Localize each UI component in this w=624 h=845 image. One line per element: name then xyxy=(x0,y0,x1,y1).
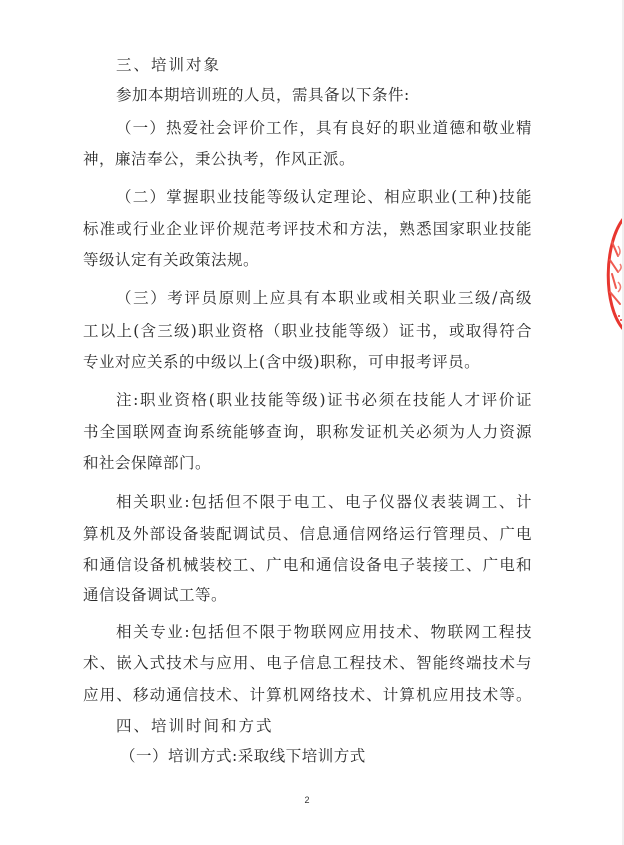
related-occupations-line-3: 和通信设备机械装校工、广电和通信设备电子装接工、广电和 xyxy=(83,555,532,575)
condition-3-line-2: 工以上(含三级)职业资格（职业技能等级）证书，或取得符合 xyxy=(83,321,532,341)
intro-line: 参加本期培训班的人员，需具备以下条件: xyxy=(116,85,532,105)
official-seal-icon xyxy=(598,212,624,336)
related-occupations-line-2: 算机及外部设备装配调试员、信息通信网络运行管理员、广电 xyxy=(83,524,532,544)
note-line-2: 书全国联网查询系统能够查询，职称发证机关必须为人力资源 xyxy=(83,422,532,442)
note-line-3: 和社会保障部门。 xyxy=(83,453,532,473)
condition-1-line-2: 神，廉洁奉公，秉公执考，作风正派。 xyxy=(83,149,532,169)
condition-2-line-3: 等级认定有关政策法规。 xyxy=(83,250,532,270)
condition-3-line-3: 专业对应关系的中级以上(含中级)职称，可申报考评员。 xyxy=(83,352,532,372)
document-page: 三、培训对象 参加本期培训班的人员，需具备以下条件: （一）热爱社会评价工作，具… xyxy=(0,0,624,845)
condition-2-line-1: （二）掌握职业技能等级认定理论、相应职业(工种)技能 xyxy=(116,187,532,207)
related-occupations-line-1: 相关职业:包括但不限于电工、电子仪器仪表装调工、计 xyxy=(116,492,532,512)
related-occupations-line-4: 通信设备调试工等。 xyxy=(83,585,532,605)
condition-1-line-1: （一）热爱社会评价工作，具有良好的职业道德和敬业精 xyxy=(116,118,532,138)
page-number: 2 xyxy=(302,795,312,805)
note-line-1: 注:职业资格(职业技能等级)证书必须在技能人才评价证 xyxy=(116,390,532,410)
related-majors-line-2: 术、嵌入式技术与应用、电子信息工程技术、智能终端技术与 xyxy=(83,653,532,673)
related-majors-line-1: 相关专业:包括但不限于物联网应用技术、物联网工程技 xyxy=(116,622,532,642)
related-majors-line-3: 应用、移动通信技术、计算机网络技术、计算机应用技术等。 xyxy=(83,685,532,705)
condition-3-line-1: （三）考评员原则上应具有本职业或相关职业三级/高级 xyxy=(116,288,532,308)
training-method-line: （一）培训方式:采取线下培训方式 xyxy=(120,746,536,766)
section-heading-4: 四、培训时间和方式 xyxy=(116,716,532,736)
condition-2-line-2: 标准或行业企业评价规范考评技术和方法，熟悉国家职业技能 xyxy=(83,219,532,239)
section-heading-3: 三、培训对象 xyxy=(116,55,532,75)
